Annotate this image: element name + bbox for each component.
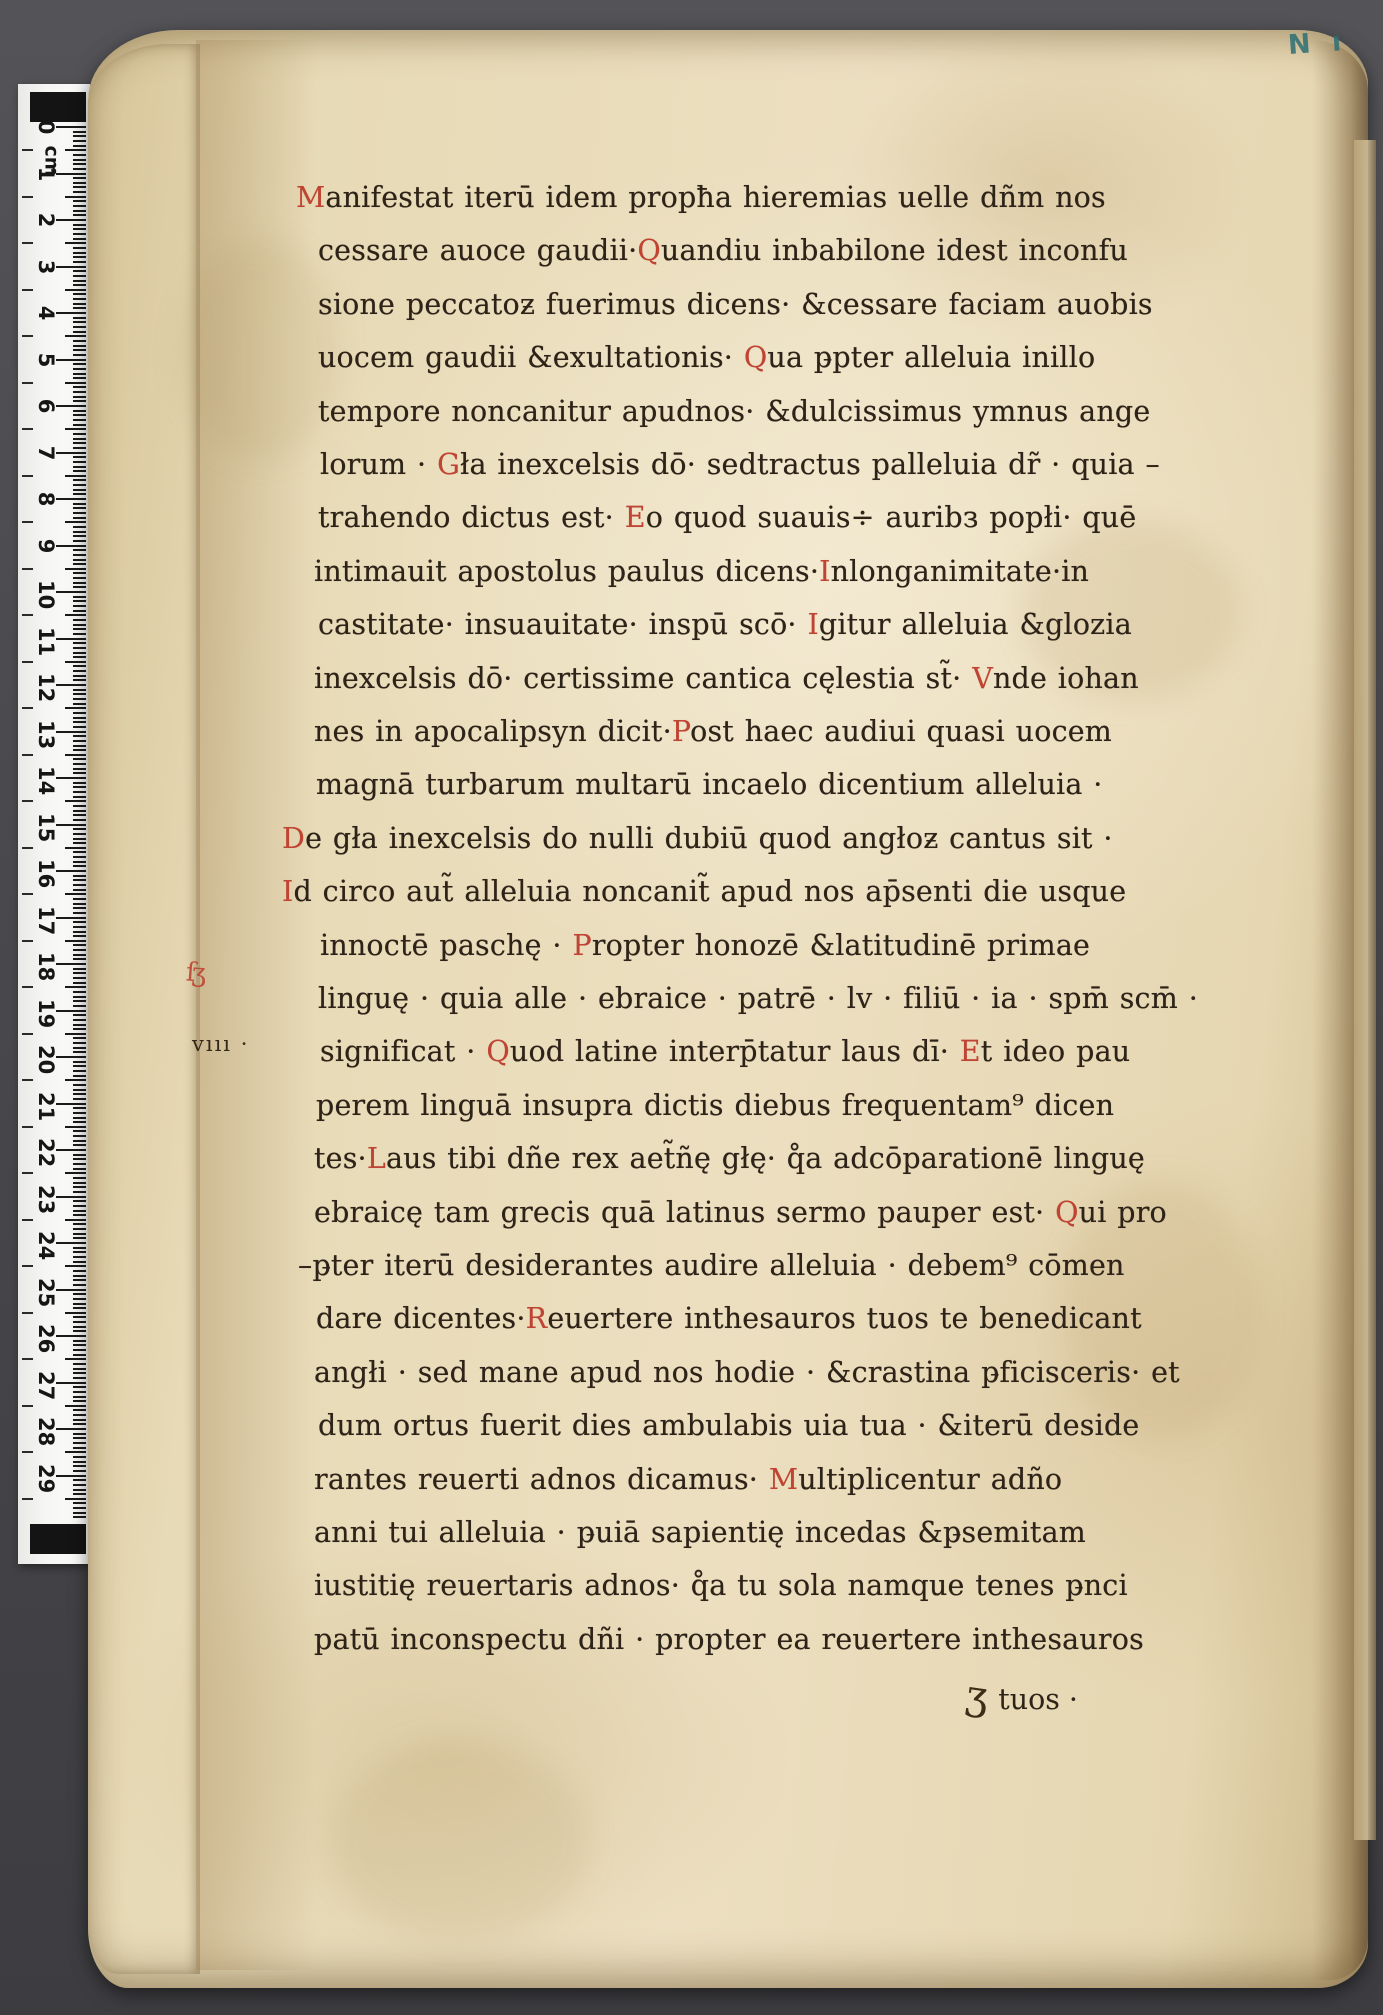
ruler-tick (65, 893, 86, 895)
rubricated-initial: I (819, 555, 830, 588)
ruler-edge-dash (22, 1126, 33, 1128)
ruler-tick (73, 1349, 86, 1351)
ruler-tick (73, 214, 86, 216)
ruler-edge-dash (22, 847, 33, 849)
ruler-tick (73, 1042, 86, 1044)
ruler-tick (65, 1126, 86, 1128)
ruler-tick (73, 549, 86, 551)
ruler-tick (65, 614, 86, 616)
ruler-tick (73, 698, 86, 700)
ruler-tick (73, 461, 86, 463)
ruler-tick (73, 1214, 86, 1216)
ruler-tick (73, 652, 86, 654)
ruler-tick (56, 1056, 86, 1058)
ruler-tick (73, 772, 86, 774)
ruler-tick (73, 252, 86, 254)
ruler-tick (73, 1293, 86, 1295)
ruler-tick (73, 656, 86, 658)
ruler-edge-dash (22, 1079, 33, 1081)
ruler-tick (73, 642, 86, 644)
ruler-tick (73, 1409, 86, 1411)
ruler-edge-dash (22, 1498, 33, 1500)
ruler-tick (73, 1107, 86, 1109)
ruler-tick (73, 693, 86, 695)
ruler-number: 9 (34, 534, 58, 558)
ruler-tick (73, 582, 86, 584)
ruler-tick (73, 912, 86, 914)
ruler-tick (65, 661, 86, 663)
manuscript-line-15: innoctē paschę · Propter honozē &latitud… (320, 924, 1090, 968)
ruler-tick (65, 521, 86, 523)
ruler-tick (73, 1470, 86, 1472)
ruler-tick (73, 1363, 86, 1365)
ruler-number: 15 (34, 813, 58, 837)
ruler-number: 0 (34, 115, 58, 139)
manuscript-line-23: angłi · sed mane apud nos hodie · &crast… (314, 1351, 1180, 1395)
ruler-tick (73, 1493, 86, 1495)
ruler-tick (73, 400, 86, 402)
ruler-tick (56, 824, 86, 826)
ruler-tick (73, 1251, 86, 1253)
rubricated-initial: I (282, 875, 293, 908)
ruler-tick (73, 1205, 86, 1207)
red-paraph-mark: ſʒ (185, 957, 203, 988)
ruler-tick (73, 921, 86, 923)
manuscript-line-18: perem linguā insupra dictis diebus frequ… (316, 1084, 1114, 1128)
ruler-tick (73, 1372, 86, 1374)
ruler-tick (73, 1330, 86, 1332)
ruler-tick (73, 1140, 86, 1142)
ruler-edge-dash (22, 893, 33, 895)
ruler-tick (65, 1265, 86, 1267)
ruler-tick (73, 531, 86, 533)
ruler-tick (73, 1112, 86, 1114)
ruler-tick (56, 1242, 86, 1244)
ruler-tick (73, 805, 86, 807)
ruler-number: 29 (34, 1464, 58, 1488)
rubricated-initial: D (282, 822, 305, 855)
ruler-number: 25 (34, 1278, 58, 1302)
ruler-tick (73, 586, 86, 588)
ruler-tick (73, 1391, 86, 1393)
ruler-tick (56, 219, 86, 221)
ruler-tick (73, 749, 86, 751)
ruler-tick (73, 540, 86, 542)
quire-number-viii: vııı · (192, 1032, 249, 1056)
ruler-tick (73, 1512, 86, 1514)
ruler-tick (65, 196, 86, 198)
ruler-tick (73, 145, 86, 147)
ruler-tick (65, 1312, 86, 1314)
ruler-edge-dash (22, 428, 33, 430)
ruler-tick (73, 763, 86, 765)
ruler-tick (73, 317, 86, 319)
ruler-tick (65, 707, 86, 709)
ruler-tick (73, 424, 86, 426)
ruler-edge-dash (22, 1033, 33, 1035)
ruler-tick (73, 1237, 86, 1239)
ruler-tick (73, 1154, 86, 1156)
ruler-tick (73, 410, 86, 412)
ruler-tick (65, 800, 86, 802)
catchword-flourish: ʒ (963, 1672, 992, 1721)
ruler-edge-dash (22, 1358, 33, 1360)
manuscript-line-21: –p̵ter iterū desiderantes audire allelui… (298, 1244, 1125, 1288)
ruler-tick (73, 1177, 86, 1179)
ruler-tick (73, 224, 86, 226)
rubricated-initial: E (625, 501, 646, 534)
ruler-tick (73, 889, 86, 891)
ruler-tick (73, 159, 86, 161)
ruler-tick (73, 865, 86, 867)
ruler-tick (73, 1000, 86, 1002)
ruler-tick (56, 638, 86, 640)
ruler-number: 22 (34, 1138, 58, 1162)
ruler-tick (73, 205, 86, 207)
ruler-tick (73, 345, 86, 347)
ruler-tick (73, 247, 86, 249)
ruler-tick (65, 428, 86, 430)
ruler-tick (73, 554, 86, 556)
ruler-tick (73, 814, 86, 816)
manuscript-line-10: inexcelsis dō· certissime cantica cęlest… (314, 657, 1139, 701)
ruler-bottom-block (30, 1524, 86, 1554)
ruler-tick (73, 419, 86, 421)
ruler-tick (73, 1051, 86, 1053)
ruler-tick (56, 1149, 86, 1151)
ruler-tick (73, 1065, 86, 1067)
manuscript-line-7: trahendo dictus est· Eo quod suauis÷ aur… (318, 496, 1136, 540)
ruler-tick (73, 270, 86, 272)
ruler-tick (73, 1089, 86, 1091)
manuscript-line-26: anni tui alleluia · p̵uiā sapientię ince… (314, 1511, 1086, 1555)
ruler-tick (73, 479, 86, 481)
ruler-tick (73, 972, 86, 974)
ruler-tick (56, 1382, 86, 1384)
ruler-tick (73, 1326, 86, 1328)
ruler-number: 13 (34, 720, 58, 744)
ruler-tick (73, 1423, 86, 1425)
ruler-tick (73, 1368, 86, 1370)
ruler-tick (56, 359, 86, 361)
ruler-tick (65, 1219, 86, 1221)
rubricated-initial: I (807, 608, 818, 641)
ruler-edge-dash (22, 1219, 33, 1221)
ruler-tick (73, 926, 86, 928)
ruler-number: 16 (34, 859, 58, 883)
ruler-tick (65, 1358, 86, 1360)
ruler-tick (73, 842, 86, 844)
ruler-tick (73, 1354, 86, 1356)
ruler-tick (73, 633, 86, 635)
ruler-tick (73, 782, 86, 784)
ruler-tick (73, 1433, 86, 1435)
ruler-tick (73, 703, 86, 705)
ruler-tick (73, 1414, 86, 1416)
ruler-tick (73, 512, 86, 514)
ruler-tick (73, 898, 86, 900)
ruler-tick (73, 1484, 86, 1486)
ruler-tick (73, 293, 86, 295)
ruler-number: 3 (34, 255, 58, 279)
ruler-tick (73, 1456, 86, 1458)
ruler-tick (73, 596, 86, 598)
manuscript-line-1: Manifestat iterū idem propħa hieremias u… (296, 176, 1106, 220)
manuscript-line-25: rantes reuerti adnos dicamus· Multiplice… (314, 1458, 1062, 1502)
ruler-tick (73, 1061, 86, 1063)
ruler-tick (56, 684, 86, 686)
ruler-tick (73, 1270, 86, 1272)
ruler-tick (73, 670, 86, 672)
ruler-tick (73, 1507, 86, 1509)
ruler-tick (73, 968, 86, 970)
ruler-number: 17 (34, 906, 58, 930)
rubricated-initial: P (572, 929, 591, 962)
ruler-edge-dash (22, 1265, 33, 1267)
ruler-tick (56, 405, 86, 407)
ruler-tick (56, 312, 86, 314)
ruler-tick (73, 1400, 86, 1402)
ruler-number: 23 (34, 1185, 58, 1209)
ruler-tick (73, 1479, 86, 1481)
ruler-tick (73, 819, 86, 821)
manuscript-line-8: intimauit apostolus paulus dicens·Inlong… (314, 550, 1089, 594)
ruler-tick (73, 675, 86, 677)
manuscript-line-13: De gła inexcelsis do nulli dubiū quod an… (282, 817, 1113, 861)
rubricated-initial: Q (637, 234, 661, 267)
parchment-stain (180, 240, 340, 460)
ruler-tick (73, 1135, 86, 1137)
ruler-tick (73, 796, 86, 798)
ruler-edge-dash (22, 986, 33, 988)
ruler-number: 27 (34, 1371, 58, 1395)
manuscript-line-22: dare dicentes·Reuertere inthesauros tuos… (316, 1297, 1142, 1341)
rubricated-initial: R (526, 1302, 548, 1335)
ruler-tick (73, 931, 86, 933)
ruler-tick (73, 624, 86, 626)
ruler-edge-dash (22, 568, 33, 570)
ruler-tick (73, 517, 86, 519)
ruler-tick (73, 1279, 86, 1281)
ruler-tick (73, 1419, 86, 1421)
ruler-tick (56, 1428, 86, 1430)
ruler-tick (73, 605, 86, 607)
ruler-tick (73, 373, 86, 375)
ruler-tick (73, 275, 86, 277)
ruler-tick (56, 870, 86, 872)
ruler-number: 20 (34, 1045, 58, 1069)
ruler-tick (73, 456, 86, 458)
ruler-edge-dash (22, 800, 33, 802)
ruler-tick (73, 949, 86, 951)
rubricated-initial: E (960, 1035, 981, 1068)
ruler-tick (65, 568, 86, 570)
ruler-tick (73, 321, 86, 323)
ruler-edge-dash (22, 940, 33, 942)
ruler-tick (73, 1465, 86, 1467)
ruler-tick (73, 1298, 86, 1300)
ruler-tick (73, 856, 86, 858)
ruler-tick (73, 1303, 86, 1305)
ruler-tick (73, 982, 86, 984)
ruler-tick (73, 1461, 86, 1463)
ruler-tick (65, 940, 86, 942)
ruler-tick (73, 433, 86, 435)
ruler-edge-dash (22, 707, 33, 709)
ruler-tick (65, 1172, 86, 1174)
ruler-tick (73, 1344, 86, 1346)
ruler-tick (73, 559, 86, 561)
ruler-tick (73, 1014, 86, 1016)
ruler-tick (73, 280, 86, 282)
ruler-tick (73, 466, 86, 468)
corner-inscription: N ı (1287, 26, 1348, 61)
ruler-tick (73, 298, 86, 300)
ruler-tick (73, 879, 86, 881)
manuscript-line-2: cessare auoce gaudii·Quandiu inbabilone … (318, 229, 1128, 273)
ruler-edge-dash (22, 382, 33, 384)
ruler-tick (73, 721, 86, 723)
ruler-tick (73, 1321, 86, 1323)
ruler-tick (73, 131, 86, 133)
ruler-tick (73, 326, 86, 328)
manuscript-scan: 0123456789101112131415161718192021222324… (0, 0, 1383, 2015)
ruler-tick (73, 1502, 86, 1504)
manuscript-line-11: nes in apocalipsyn dicit·Post haec audiu… (314, 710, 1112, 754)
ruler-tick (73, 665, 86, 667)
manuscript-line-17: significat · Quod latine interp̄tatur la… (320, 1030, 1130, 1074)
ruler-tick (73, 233, 86, 235)
ruler-tick (73, 182, 86, 184)
ruler-tick (73, 563, 86, 565)
next-leaf-edge (1354, 140, 1376, 1840)
ruler-tick (73, 1261, 86, 1263)
ruler-tick (56, 452, 86, 454)
ruler-tick (65, 382, 86, 384)
rubricated-initial: V (972, 662, 993, 695)
ruler-tick (73, 1163, 86, 1165)
manuscript-line-3: sione peccatoƶ fuerimus dicens· &cessare… (318, 283, 1153, 327)
ruler-tick (73, 447, 86, 449)
ruler-edge-dash (22, 242, 33, 244)
ruler-tick (73, 340, 86, 342)
ruler-tick (73, 377, 86, 379)
ruler-tick (73, 470, 86, 472)
ruler-tick (73, 1158, 86, 1160)
ruler-tick (73, 907, 86, 909)
ruler-edge-dash (22, 335, 33, 337)
manuscript-line-16: linguę · quia alle · ebraice · patrē · l… (318, 977, 1198, 1021)
ruler-tick (73, 875, 86, 877)
ruler-tick (65, 242, 86, 244)
ruler-tick (73, 1284, 86, 1286)
ruler-tick (73, 735, 86, 737)
ruler-tick (73, 354, 86, 356)
ruler-tick (73, 1024, 86, 1026)
ruler-tick (65, 149, 86, 151)
ruler-tick (56, 545, 86, 547)
ruler-tick (73, 438, 86, 440)
ruler-tick (73, 768, 86, 770)
ruler-tick (73, 572, 86, 574)
ruler-tick (73, 1256, 86, 1258)
ruler-number: 10 (34, 580, 58, 604)
ruler-number: 18 (34, 952, 58, 976)
ruler-edge-dash (22, 196, 33, 198)
ruler-tick (73, 1117, 86, 1119)
ruler-tick (73, 726, 86, 728)
ruler-number: 19 (34, 999, 58, 1023)
ruler-tick (65, 986, 86, 988)
ruler-tick (73, 577, 86, 579)
ruler-tick (73, 717, 86, 719)
ruler-tick (73, 307, 86, 309)
ruler-tick (73, 1442, 86, 1444)
ruler-tick (73, 1191, 86, 1193)
ruler-tick (73, 256, 86, 258)
ruler-tick (73, 810, 86, 812)
ruler-tick (73, 442, 86, 444)
ruler-edge-dash (22, 661, 33, 663)
ruler-tick (73, 1223, 86, 1225)
ruler-tick (73, 838, 86, 840)
ruler-tick (73, 1047, 86, 1049)
ruler-tick (56, 1289, 86, 1291)
ruler-tick (73, 1377, 86, 1379)
ruler-tick (73, 484, 86, 486)
ruler-tick (73, 791, 86, 793)
ruler-tick (56, 126, 86, 128)
ruler-tick (73, 745, 86, 747)
ruler-tick (73, 619, 86, 621)
ruler-tick (73, 1121, 86, 1123)
ruler-tick (73, 958, 86, 960)
ruler-tick (73, 135, 86, 137)
ruler-tick (73, 1098, 86, 1100)
ruler-tick (73, 996, 86, 998)
ruler-tick (73, 368, 86, 370)
ruler-number: 8 (34, 487, 58, 511)
ruler-tick (73, 1489, 86, 1491)
ruler-tick (73, 903, 86, 905)
ruler-number: 7 (34, 441, 58, 465)
ruler-tick (73, 1316, 86, 1318)
ruler-tick (73, 1019, 86, 1021)
ruler-tick (73, 991, 86, 993)
ruler-tick (56, 1103, 86, 1105)
ruler-tick (73, 851, 86, 853)
ruler-tick (73, 1144, 86, 1146)
ruler-tick (73, 1516, 86, 1518)
ruler-tick (73, 154, 86, 156)
ruler-tick (73, 261, 86, 263)
ruler-tick (56, 591, 86, 593)
ruler-tick (73, 414, 86, 416)
ruler-number: 26 (34, 1324, 58, 1348)
ruler-tick (73, 1275, 86, 1277)
manuscript-line-12: magnā turbarum multarū incaelo dicentium… (316, 763, 1103, 807)
ruler-tick (65, 1033, 86, 1035)
ruler-tick (73, 1075, 86, 1077)
ruler-tick (56, 917, 86, 919)
ruler-tick (73, 758, 86, 760)
ruler-number: 24 (34, 1231, 58, 1255)
ruler-tick (73, 363, 86, 365)
ruler-tick (73, 1186, 86, 1188)
ruler-tick (73, 1084, 86, 1086)
ruler-tick (73, 493, 86, 495)
ruler-tick (73, 1340, 86, 1342)
